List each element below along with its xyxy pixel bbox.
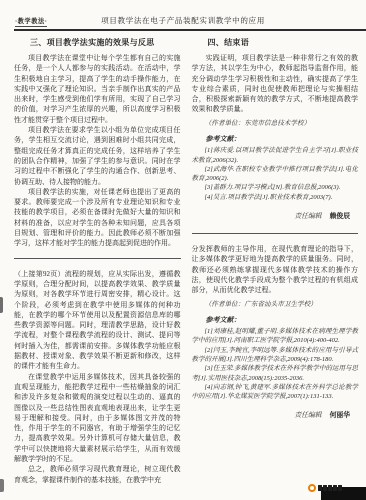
- paragraph: 项目教学法的实施，对任课老师也提出了更高的要求。教师要完成一个涉及所有专业理论知…: [14, 187, 181, 249]
- orange-ring-logo-icon: [308, 484, 316, 492]
- paragraph: 实践证明，项目教学法是一种非常行之有效的教学方法，其以学生为中心，教师起指导监督…: [192, 53, 359, 115]
- watermark-logo: [308, 484, 342, 492]
- right-column: 四、结束语 实践证明，项目教学法是一种非常行之有效的教学方法，其以学生为中心，教…: [192, 37, 359, 485]
- watermark-illegible-text: [318, 485, 342, 491]
- continued-from-lead: （上接第92页）: [14, 270, 65, 278]
- editor-label: 责任编辑: [294, 409, 321, 419]
- article-title: 项目教学法在电子产品装配实训教学中的应用: [60, 15, 306, 26]
- continued-from-paragraph: （上接第92页）流程的规划，应从实际出发，遵循教学原则，合理分配时间，以提高教学…: [14, 269, 181, 372]
- header-rule: [14, 29, 366, 31]
- reference-item: [2]闫玉,李婉宜,李明远等.多媒体技术的应用与引导式教学的开展[J].四川生理…: [192, 346, 359, 365]
- journal-page: ·教学教法· 项目教学法在电子产品装配实训教学中的应用 三、项目教学法实施的效果…: [0, 0, 366, 500]
- reference-item: [3]盖群力.项目学习模式[N].教育信息报,2006(3).: [192, 183, 359, 192]
- scan-artifact: [0, 479, 4, 492]
- section-heading-3: 三、项目教学法实施的效果与反思: [14, 37, 181, 48]
- two-column-body: 三、项目教学法实施的效果与反思 项目教学法在课堂中让每个学生都有自己的实施任务，…: [14, 37, 358, 485]
- reference-item: [1]蒋庆爱.以项目教学法促进学生自主学习[J].职业技术教育,2006(32)…: [192, 146, 359, 165]
- reference-item: [3]任玉荣.多媒体教学技术在外科学教学中的运用与思考[J].实用医技杂志,20…: [192, 364, 359, 383]
- section-heading-4: 四、结束语: [192, 37, 359, 48]
- references-label: 参考文献：: [192, 315, 359, 325]
- reference-item: [4]吴言.项目教学法[J].职业技术教育,2003(7).: [192, 193, 359, 202]
- article-divider: [192, 233, 359, 234]
- editor-line: 责任编辑 何丽华: [192, 409, 359, 419]
- references-label: 参考文献：: [192, 134, 359, 144]
- reference-item: [1]刘康桂,赵明耀,董子明.多媒体技术在病理生理学教学中的应用[J].河南职工…: [192, 327, 359, 346]
- reference-item: [4]向志钢,钟飞,黄建军.多媒体技术在外科学总论教学中的应用[J].华北煤炭医…: [192, 383, 359, 402]
- reference-item: [2]武海华.在职校专业教学中推行项目教学法[J].电化教育,2006(2).: [192, 165, 359, 184]
- continued-text: 流程的规划，应从实际出发，遵循教学原则，合理分配时间，以提高教学效果、教学质量为…: [14, 270, 181, 371]
- article-divider: [14, 258, 181, 259]
- author-affiliation: （作者单位：东莞市信息技术学校）: [192, 119, 359, 129]
- editor-label: 责任编辑: [294, 210, 321, 220]
- paragraph: 在课堂教学中运用多媒体技术，因其具备较强的直观呈现能力，能把教学过程中一些枯燥抽…: [14, 372, 181, 465]
- paragraph: 项目教学法在课堂中让每个学生都有自己的实施任务，是一个人人都参与的实践活动。在活…: [14, 53, 181, 125]
- author-affiliation: （作者单位：广东省汕头市卫生学校）: [192, 300, 359, 310]
- left-column: 三、项目教学法实施的效果与反思 项目教学法在课堂中让每个学生都有自己的实施任务，…: [14, 37, 181, 485]
- scan-artifact: [0, 297, 3, 313]
- paragraph: 项目教学法在要求学生以小组为单位完成项目任务，学生相互交流讨论，遇到困难时小组共…: [14, 125, 181, 187]
- paragraph: 总之，教师必须学习现代教育理论，树立现代教育观念，掌握课件制作的基本技能，在教学…: [14, 464, 181, 485]
- column-label: ·教学教法·: [15, 16, 47, 27]
- editor-line: 责任编辑 赖俊辰: [192, 210, 359, 220]
- continued-paragraph: 分发挥教师的主导作用，在现代教育理论的指导下，让多媒体教学更好地为提高教学的质量…: [192, 244, 359, 295]
- editor-name: 何丽华: [330, 409, 350, 419]
- editor-name: 赖俊辰: [330, 210, 350, 220]
